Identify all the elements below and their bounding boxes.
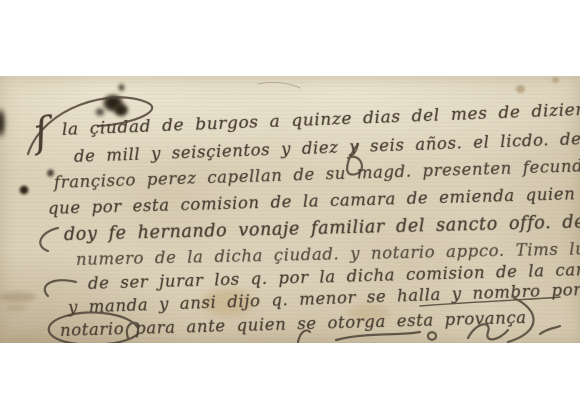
cropped-line-fragment-d	[428, 332, 436, 340]
line7-leadin-stroke	[45, 280, 76, 296]
cropped-line-fragment-f	[540, 326, 560, 334]
manuscript-photo: ſ la çiudad de burgos a quinze dias del …	[0, 76, 580, 343]
line5-leadin-stroke	[40, 228, 58, 251]
top-hairline-mark	[258, 82, 300, 88]
page: { "manuscript": { "initial_glyph": "ſ", …	[0, 0, 580, 420]
cropped-line-fragment-c	[336, 332, 420, 340]
